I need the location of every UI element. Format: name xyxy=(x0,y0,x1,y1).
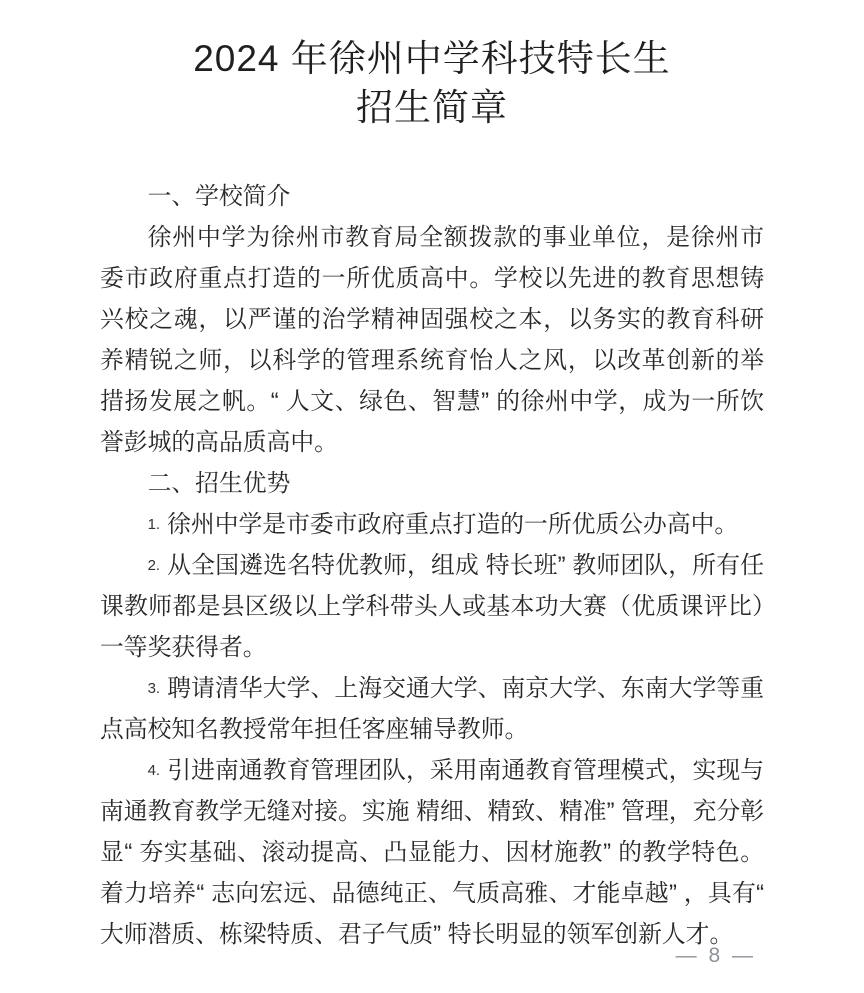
item-text-4: 引进南通教育管理团队，采用南通教育管理模式，实现与南通教育教学无缝对接。实施 精… xyxy=(100,757,764,948)
advantage-item-4: 4.引进南通教育管理团队，采用南通教育管理模式，实现与南通教育教学无缝对接。实施… xyxy=(100,750,764,955)
advantage-item-1: 1.徐州中学是市委市政府重点打造的一所优质公办高中。 xyxy=(100,504,764,545)
page-title: 2024 年徐州中学科技特长生 招生简章 xyxy=(0,34,864,132)
page-number: — 8 — xyxy=(676,944,756,968)
document-page: 2024 年徐州中学科技特长生 招生简章 一、学校简介 徐州中学为徐州市教育局全… xyxy=(0,0,864,993)
item-number-3: 3. xyxy=(148,680,161,697)
item-number-4: 4. xyxy=(148,762,161,779)
section-heading-school-intro: 一、学校简介 xyxy=(100,176,764,217)
advantage-item-2: 2.从全国遴选名特优教师，组成 特长班” 教师团队，所有任课教师都是县区级以上学… xyxy=(100,545,764,668)
section-heading-enrollment-advantages: 二、招生优势 xyxy=(100,463,764,504)
item-text-2: 从全国遴选名特优教师，组成 特长班” 教师团队，所有任课教师都是县区级以上学科带… xyxy=(100,552,764,661)
item-text-1: 徐州中学是市委市政府重点打造的一所优质公办高中。 xyxy=(167,511,738,538)
item-number-1: 1. xyxy=(148,516,161,533)
document-body: 一、学校简介 徐州中学为徐州市教育局全额拨款的事业单位，是徐州市委市政府重点打造… xyxy=(100,176,764,955)
title-line-2: 招生简章 xyxy=(0,83,864,132)
item-text-3: 聘请清华大学、上海交通大学、南京大学、东南大学等重点高校知名教授常年担任客座辅导… xyxy=(100,675,764,743)
school-intro-paragraph: 徐州中学为徐州市教育局全额拨款的事业单位，是徐州市委市政府重点打造的一所优质高中… xyxy=(100,217,764,463)
item-number-2: 2. xyxy=(148,557,161,574)
advantage-item-3: 3.聘请清华大学、上海交通大学、南京大学、东南大学等重点高校知名教授常年担任客座… xyxy=(100,668,764,750)
title-line-1: 2024 年徐州中学科技特长生 xyxy=(0,34,864,83)
